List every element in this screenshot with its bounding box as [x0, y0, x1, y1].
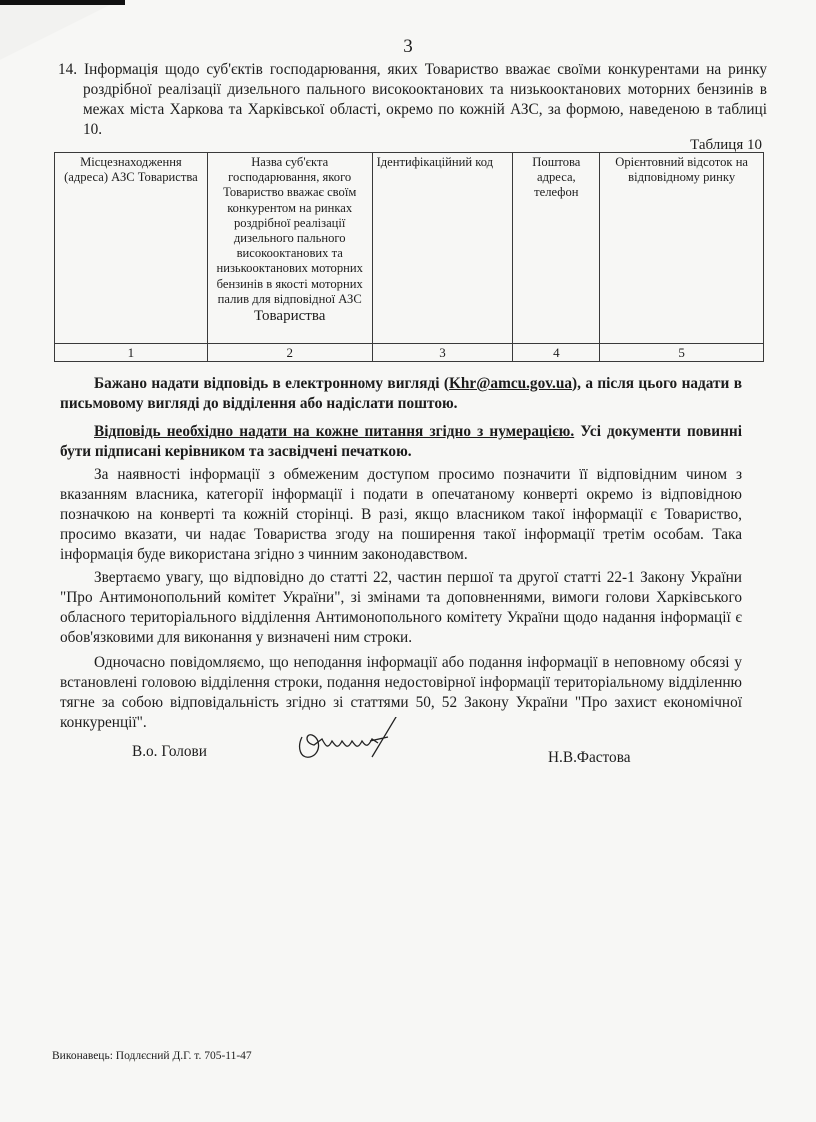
header-id-code: Ідентифікаційний код [372, 153, 513, 344]
table-header-row: Місцезнаходження (адреса) АЗС Товариства… [55, 153, 764, 344]
restricted-info-paragraph: За наявності інформації з обмеженим дост… [60, 465, 742, 565]
scan-edge-artifact [0, 0, 125, 5]
table-10: Місцезнаходження (адреса) АЗС Товариства… [54, 152, 764, 362]
header-postal-address: Поштова адреса, телефон [513, 153, 600, 344]
handwritten-signature-icon [292, 717, 412, 777]
signatory-title: В.о. Голови [132, 743, 207, 761]
electronic-reply-paragraph: Бажано надати відповідь в електронному в… [60, 374, 742, 414]
numbering-paragraph: Відповідь необхідно надати на кожне пита… [60, 422, 742, 462]
email-link[interactable]: Khr@amcu.gov.ua [449, 375, 572, 392]
page-number: 3 [0, 36, 816, 58]
column-number: 4 [513, 344, 600, 362]
signatory-name: Н.В.Фастова [548, 749, 631, 767]
column-number: 1 [55, 344, 208, 362]
header-market-share: Орієнтовний відсоток на відповідному рин… [600, 153, 764, 344]
signature-block: В.о. Голови Н.В.Фастова [0, 737, 816, 777]
section-14-paragraph: 14. Інформація щодо суб'єктів господарюв… [58, 60, 767, 140]
executor-contact: Виконавець: Подлєсний Д.Г. т. 705-11-47 [52, 1050, 252, 1062]
header-competitor-name-text: Назва суб'єкта господарювання, якого Тов… [216, 155, 362, 306]
column-number: 3 [372, 344, 513, 362]
attention-paragraph: Звертаємо увагу, що відповідно до статті… [60, 568, 742, 648]
header-competitor-name: Назва суб'єкта господарювання, якого Тов… [207, 153, 372, 344]
column-number: 5 [600, 344, 764, 362]
column-number: 2 [207, 344, 372, 362]
numbering-underlined-text: Відповідь необхідно надати на кожне пита… [94, 423, 574, 440]
header-competitor-name-tail: Товариства [254, 308, 325, 324]
section-14-number: 14. [58, 61, 77, 78]
header-location: Місцезнаходження (адреса) АЗС Товариства [55, 153, 208, 344]
section-14-text: Інформація щодо суб'єктів господарювання… [83, 61, 767, 138]
table-row: 1 2 3 4 5 [55, 344, 764, 362]
electronic-reply-text: Бажано надати відповідь в електронному в… [94, 375, 449, 392]
